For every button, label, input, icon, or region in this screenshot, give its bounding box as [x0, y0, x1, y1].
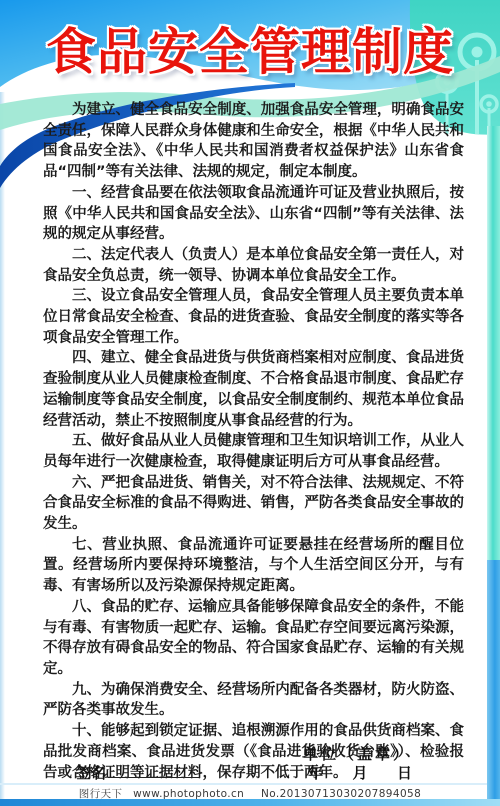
sign-label: 签名	[76, 764, 106, 782]
signature-line	[108, 763, 200, 778]
sign-name-row: 签名	[76, 762, 200, 783]
year-label: 年	[308, 762, 323, 783]
rule-item-1: 一、经营食品要在依法领取食品流通许可证及营业执照后，按照《中华人民共和国食品安全…	[43, 183, 464, 245]
watermark-divider	[0, 783, 500, 785]
rule-item-3: 三、设立食品安全管理人员，食品安全管理人员主要负责本单位日常食品安全检查、食品的…	[43, 286, 464, 348]
rule-item-2: 二、法定代表人（负责人）是本单位食品安全第一责任人，对食品安全负总责，统一领导、…	[43, 245, 464, 286]
rule-item-8: 八、食品的贮存、运输应具备能够保障食品安全的条件，不能与有毒、有害物质一起贮存、…	[43, 597, 464, 680]
rule-item-6: 六、严把食品进货、销售关，对不符合法律、法规规定、不符合食品安全标准的食品不得购…	[43, 473, 464, 535]
intro-paragraph: 为建立、健全食品安全制度、加强食品安全管理，明确食品安全责任，保障人民群众身体健…	[43, 100, 464, 183]
day-label: 日	[397, 762, 412, 783]
rule-item-4: 四、建立、健全食品进货与供货商档案相对应制度、食品进货查验制度从业人员健康检查制…	[43, 348, 464, 431]
month-label: 月	[352, 762, 367, 783]
rule-item-5: 五、做好食品从业人员健康管理和卫生知识培训工作，从业人员每年进行一次健康检查，取…	[43, 431, 464, 472]
rule-item-7: 七、营业执照、食品流通许可证要悬挂在经营场所的醒目位置。经营场所内要保持环境整洁…	[43, 535, 464, 597]
poster-title: 食品安全管理制度	[14, 24, 486, 82]
unit-seal-label: 单位（盖章）	[303, 743, 411, 764]
right-edge-stripe-teal	[487, 126, 500, 560]
date-row: 年 月 日	[308, 762, 412, 783]
food-safety-poster: 食品安全管理制度 为建立、健全食品安全制度、加强食品安全管理，明确食品安全责任，…	[0, 0, 500, 806]
rule-item-9: 九、为确保消费安全、经营场所内配备各类器材，防火防盗、严防各类事故发生。	[43, 680, 464, 721]
bottom-gradient-bar	[0, 799, 500, 806]
rules-text-block: 为建立、健全食品安全制度、加强食品安全管理，明确食品安全责任，保障人民群众身体健…	[43, 100, 464, 783]
right-edge-stripe-blue	[487, 560, 500, 799]
